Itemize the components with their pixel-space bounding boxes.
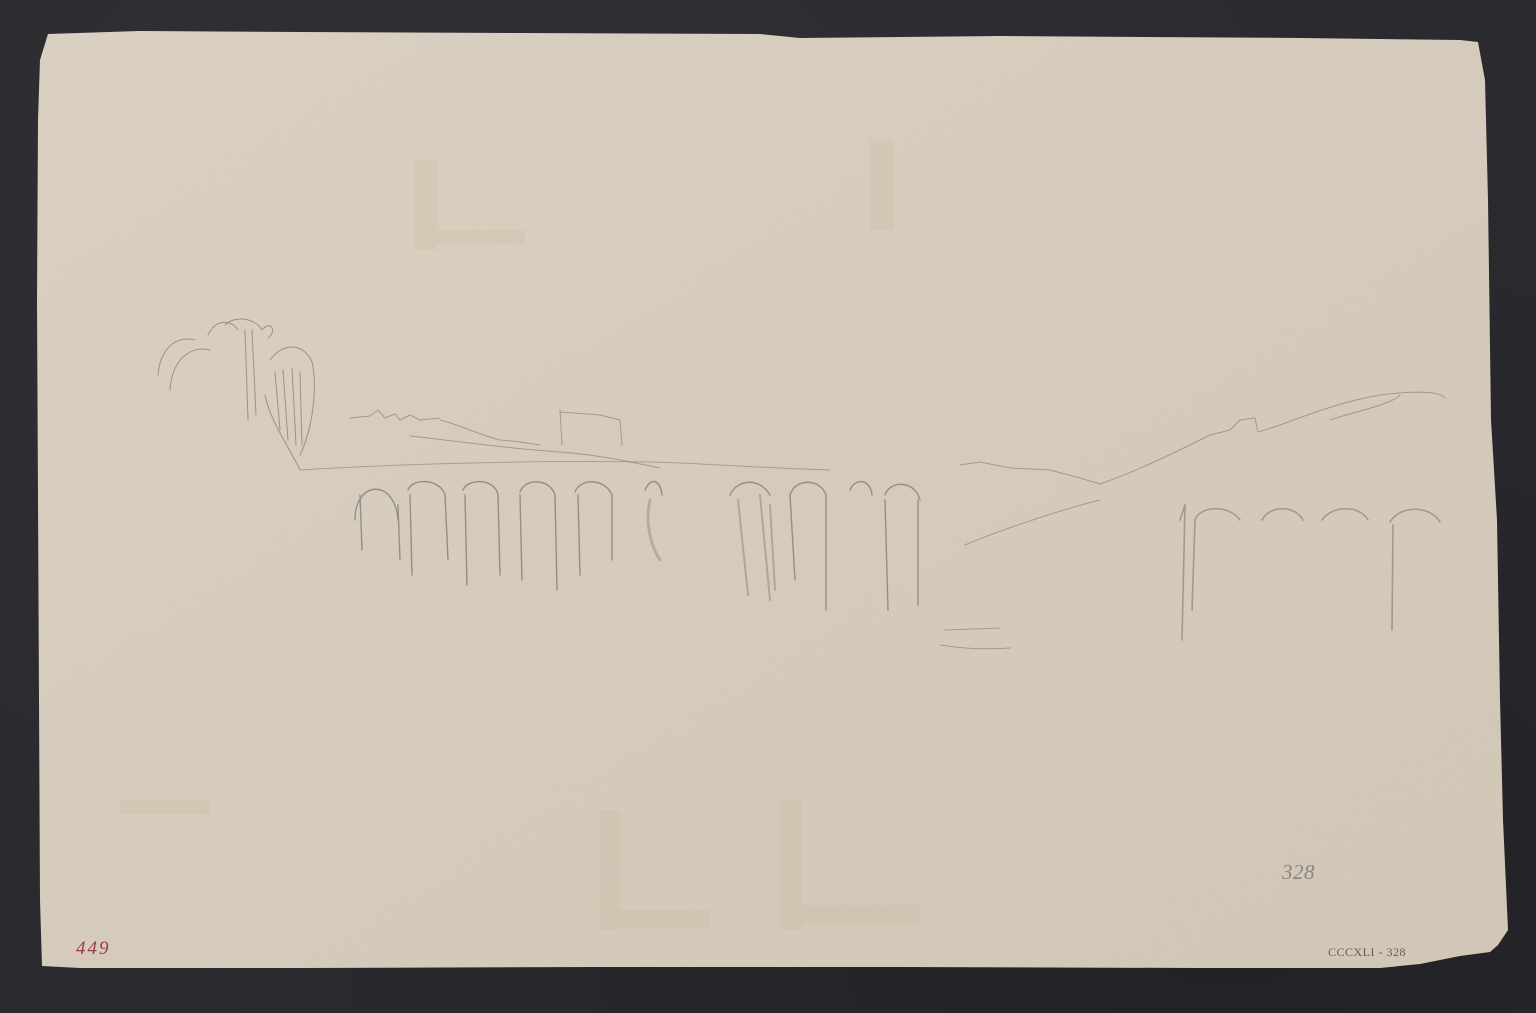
catalogue-stamp: CCCXLI - 328 [1328,945,1406,960]
paper-sheet: 449 328 CCCXLI - 328 [0,0,1536,1013]
folio-number: 328 [1282,860,1315,885]
inventory-number: 449 [76,938,111,960]
